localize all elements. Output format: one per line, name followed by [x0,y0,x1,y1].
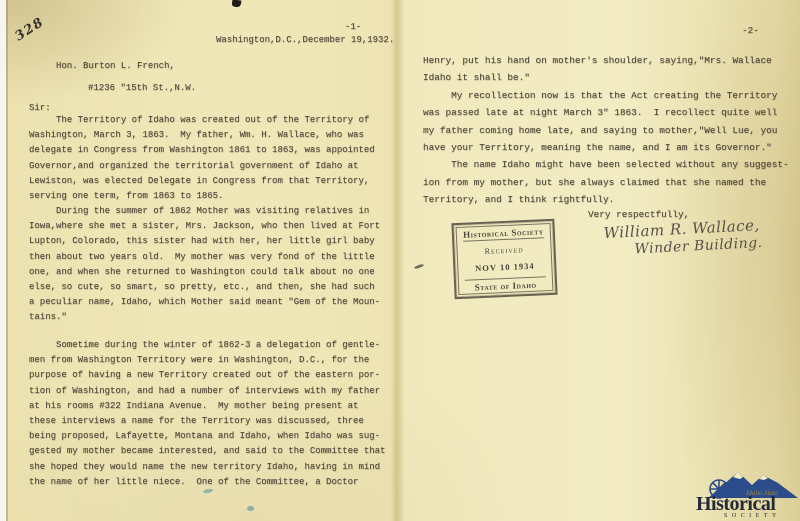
historical-society-logo: Idaho State Historical SOCIETY [696,466,800,521]
typewritten-line: serving one term, from 1863 to 1865. [29,189,375,204]
page-number: -2- [742,22,759,39]
body-paragraph: During the summer of 1862 Mother was vis… [29,204,380,326]
archive-number-annotation: 328 [12,15,47,45]
typewritten-line: she hoped they would name the new territ… [29,460,385,475]
typewritten-line: being proposed, Lafayette, Montana and I… [29,429,385,444]
stamp-received-label: Received [484,245,523,256]
typewritten-line: then about two years old. My mother was … [29,250,380,265]
scanned-letter: 328 -1- Washington,D.C.,December 19,1932… [0,0,800,521]
typewritten-line: The Territory of Idaho was created out o… [29,113,375,128]
typewritten-line: The name Idaho might have been selected … [423,156,789,173]
typewritten-line: a peculiar name, Idaho, which Mother sai… [29,295,380,310]
typewritten-line: Washington, March 3, 1863. My father, Wm… [29,128,375,143]
typewritten-line: During the summer of 1862 Mother was vis… [29,204,380,219]
ink-smudge [414,264,424,270]
typewritten-line: Henry, put his hand on mother's shoulder… [423,52,789,69]
typewritten-line: gested my mother became interested, and … [29,444,385,459]
received-stamp-inner: Historical Society Received NOV 10 1934 … [456,223,554,295]
typewritten-line: Lupton, Colorado, this sister had with h… [29,234,380,249]
typewritten-line: men from Washington Territory were in Wa… [29,353,385,368]
body-paragraph: The Territory of Idaho was created out o… [29,113,375,204]
typewritten-line: have your Territory, meaning the name, a… [423,139,789,156]
typewritten-line: delegate in Congress from Washington 186… [29,143,375,158]
handwritten-signature: William R. Wallace, Winder Building. [603,216,763,260]
typewritten-line: was passed late at night March 3" 1863. … [423,104,789,121]
typewritten-line: tains." [29,310,380,325]
body-paragraph: Henry, put his hand on mother's shoulder… [423,52,789,209]
stamp-title: Historical Society [462,226,544,242]
typewritten-line: else, so cute, so smart, so pretty, etc.… [29,280,380,295]
dateline: Washington,D.C.,December 19,1932. [216,33,394,48]
paper-edge-shadow [6,0,8,521]
typewritten-line: Iowa,where she met a sister, Mrs. Jackso… [29,219,380,234]
typewritten-line: the name of her little niece. One of the… [29,475,385,490]
ink-smudge [247,506,254,511]
typewritten-line: purpose of having a new Territory create… [29,368,385,383]
recipient-line: Hon. Burton L. French, [56,59,175,74]
body-paragraph: Sometime during the winter of 1862-3 a d… [29,338,385,490]
stamp-date: NOV 10 1934 [475,260,535,273]
typewritten-line: My recollection now is that the Act crea… [423,87,789,104]
typewritten-line: Governor,and organized the territorial g… [29,159,375,174]
stamp-state-label: State of Idaho [464,276,546,293]
typewritten-line: one, and when she returned to Washington… [29,265,380,280]
received-stamp: Historical Society Received NOV 10 1934 … [451,219,557,299]
typewritten-line: ion from my mother, but she always claim… [423,174,789,191]
ink-mark-top [232,0,242,8]
address-line: #1236 "15th St.,N.W. [88,81,196,96]
typewritten-line: Lewiston, was elected Delegate in Congre… [29,174,375,189]
typewritten-line: tion of Washington, and had a number of … [29,384,385,399]
typewritten-line: Sometime during the winter of 1862-3 a d… [29,338,385,353]
typewritten-line: Idaho it shall be." [423,69,789,86]
logo-subtitle: SOCIETY [724,513,781,519]
typewritten-line: these interviews a name for the Territor… [29,414,385,429]
typewritten-line: my father coming home late, and saying t… [423,122,789,139]
typewritten-line: at his rooms #322 Indiana Avenue. My mot… [29,399,385,414]
